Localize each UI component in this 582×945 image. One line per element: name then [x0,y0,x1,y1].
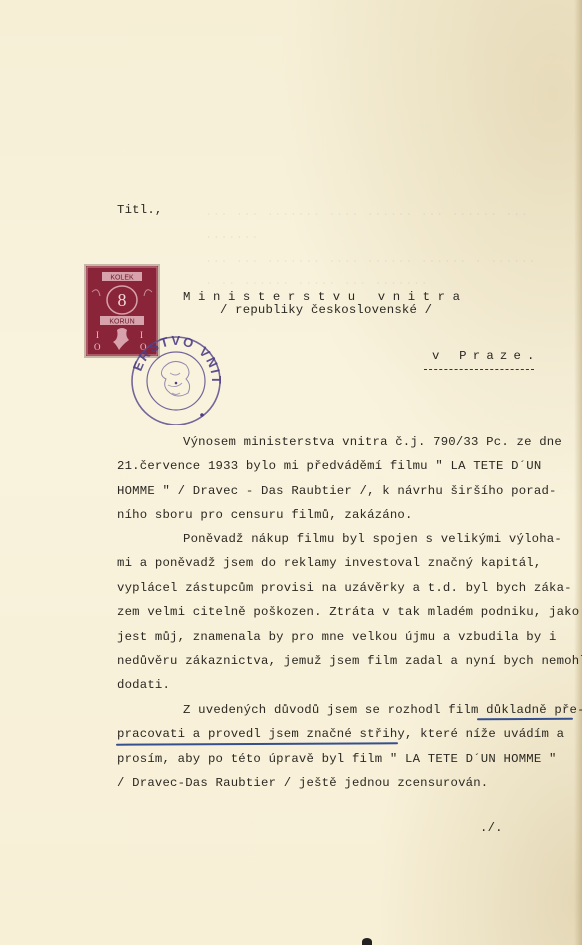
city-underline [424,369,534,370]
document-page: ... ... ....... .... ...... ... ...... .… [0,0,582,945]
ministry-seal: ERSTVO VNITR [126,333,226,430]
paragraph-2-line: Poněvadž nákup filmu byl spojen s veliký… [183,532,562,546]
bleed-through-line: ... ... ....... .... ...... ...... . ...… [205,252,536,266]
paragraph-3-line: / Dravec-Das Raubtier / ještě jednou zce… [117,776,488,790]
salutation: Titl., [117,203,162,217]
paragraph-2-line: mi a poněvadž jsem do reklamy investoval… [117,556,541,570]
paragraph-1-line: Výnosem ministerstva vnitra č.j. 790/33 … [183,435,562,449]
paragraph-2-line: jest můj, znamenala by pro mne velkou új… [117,630,557,644]
svg-text:O: O [94,342,101,352]
bleed-through-line: ....... [205,228,259,242]
addressee-city: v Praze. [432,349,541,363]
seal-icon: ERSTVO VNITR [126,333,226,425]
paragraph-1-line: 21.července 1933 bylo mi předváděmí film… [117,459,541,473]
paragraph-2-line: vyplácel zástupcům provisi na uzávěrky a… [117,581,572,595]
paragraph-2-line: dodati. [117,678,170,692]
svg-text:KORUN: KORUN [109,319,134,326]
pencil-underline [116,742,398,745]
paragraph-2-line: zem velmi citelně poškozen. Ztráta v tak… [117,605,579,619]
paragraph-1-line: ního sboru pro censuru filmů, zakázáno. [117,508,413,522]
addressee-line-2: / republiky československé / [220,303,432,317]
bleed-through-line: ... ... ....... .... ...... ... ...... .… [205,205,528,219]
svg-text:8: 8 [118,290,127,310]
paper-edge [574,0,582,945]
svg-text:KOLEK: KOLEK [110,275,134,282]
continuation-mark: ./. [480,821,503,835]
paragraph-2-line: nedůvěru zákaznictva, jemuž jsem film za… [117,654,582,668]
paragraph-1-line: HOMME " / Dravec - Das Raubtier /, k náv… [117,484,557,498]
paragraph-3-line: prosím, aby po této úpravě byl film " LA… [117,752,557,766]
paper-mark [362,938,372,945]
paragraph-3-line: pracovati a provedl jsem značné střihy, … [117,727,564,741]
svg-text:ERSTVO VNITR: ERSTVO VNITR [126,333,224,386]
pencil-underline [477,718,573,721]
paragraph-3-line: Z uvedených důvodů jsem se rozhodl film … [183,703,582,717]
addressee-line-1: Ministerstvu vnitra [183,290,468,304]
bleed-through-line: . .. ...... ..... ... ....... [205,274,428,288]
svg-text:I: I [96,330,99,340]
